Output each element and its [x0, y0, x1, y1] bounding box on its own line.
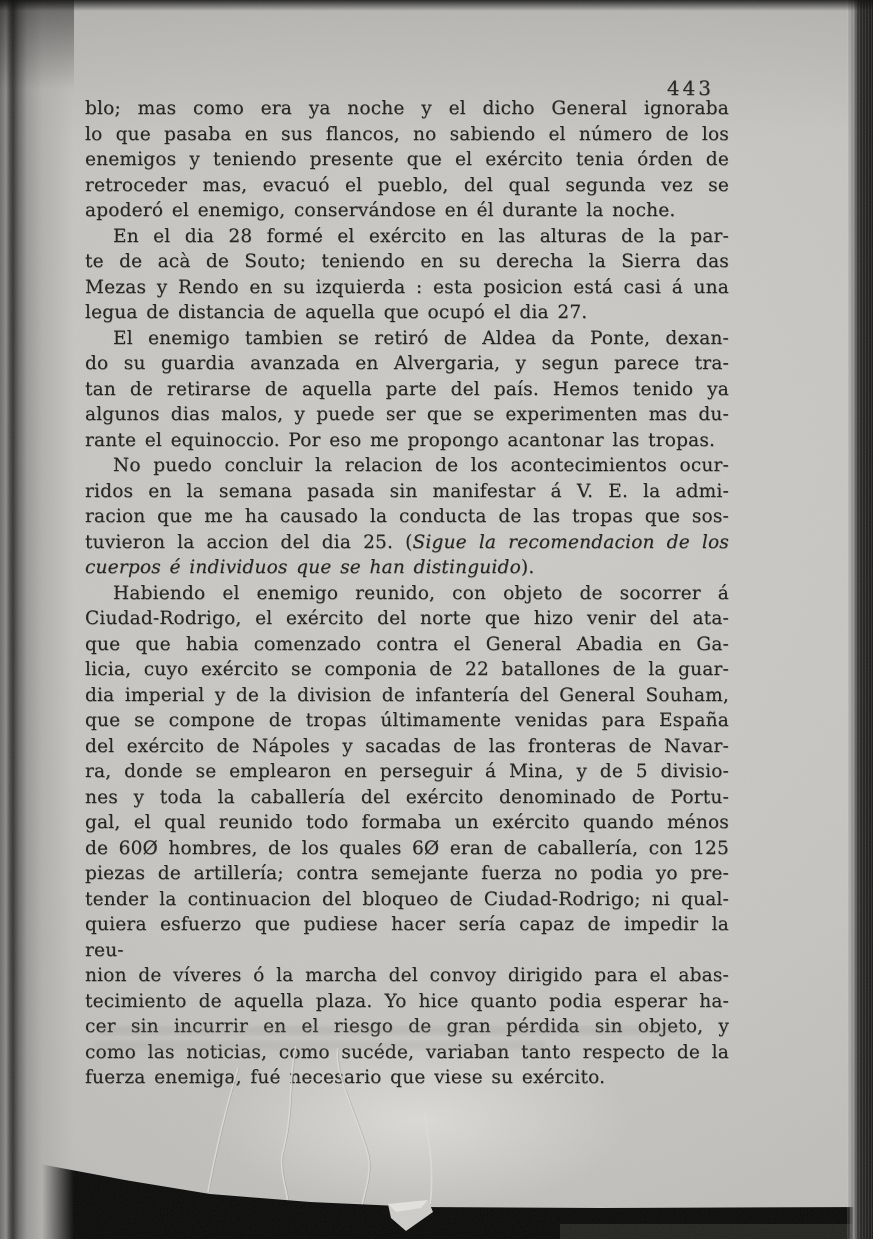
text-line: do su guardia avanzada en Alvergaria, y … — [85, 351, 729, 377]
body-text: blo; mas como era ya noche y el dicho Ge… — [85, 98, 729, 119]
text-line: El enemigo tambien se retiró de Aldea da… — [85, 326, 729, 352]
page-edges-stack — [847, 0, 873, 1239]
body-text: nes y toda la caballería del exército de… — [85, 787, 729, 808]
text-line: ridos en la semana pasada sin manifestar… — [85, 479, 729, 505]
text-line: nion de víveres ó la marcha del convoy d… — [85, 963, 729, 989]
body-text: que que habia comenzado contra el Genera… — [85, 634, 729, 655]
text-line: dia imperial y de la division de infante… — [85, 683, 729, 709]
body-text: dia imperial y de la division de infante… — [85, 685, 729, 706]
body-text: del exército de Nápoles y sacadas de las… — [85, 736, 729, 757]
body-text: ridos en la semana pasada sin manifestar… — [85, 481, 729, 502]
text-line: como las noticias, como sucéde, variaban… — [85, 1040, 729, 1066]
text-line: del exército de Nápoles y sacadas de las… — [85, 734, 729, 760]
body-text: ). — [521, 557, 535, 578]
text-line: Habiendo el enemigo reunido, con objeto … — [85, 581, 729, 607]
body-text: te de acà de Souto; teniendo en su derec… — [85, 251, 729, 272]
body-text: tecimiento de aquella plaza. Yo hice qua… — [85, 991, 729, 1012]
body-text: enemigos y teniendo presente que el exér… — [85, 149, 729, 170]
text-line: tuvieron la accion del dia 25. (Sigue la… — [85, 530, 729, 556]
body-text: En el dia 28 formé el exército en las al… — [113, 226, 729, 247]
body-text: Habiendo el enemigo reunido, con objeto … — [113, 583, 729, 604]
text-line: nes y toda la caballería del exército de… — [85, 785, 729, 811]
body-text: cer sin incurrir en el riesgo de gran pé… — [85, 1016, 729, 1037]
text-line: ra, donde se emplearon en perseguir á Mi… — [85, 759, 729, 785]
body-text: El enemigo tambien se retiró de Aldea da… — [113, 328, 729, 349]
text-line: que que habia comenzado contra el Genera… — [85, 632, 729, 658]
text-line: algunos dias malos, y puede ser que se e… — [85, 402, 729, 428]
body-text: como las noticias, como sucéde, variaban… — [85, 1042, 729, 1063]
text-line: tan de retirarse de aquella parte del pa… — [85, 377, 729, 403]
text-line: retroceder mas, evacuó el pueblo, del qu… — [85, 173, 729, 199]
body-text: gal, el qual reunido todo formaba un exé… — [85, 812, 729, 833]
body-text: lo que pasaba en sus flancos, no sabiend… — [85, 124, 729, 145]
body-text: Ciudad-Rodrigo, el exército del norte qu… — [85, 608, 729, 629]
italic-text: Sigue la recomendacion de los — [413, 532, 729, 553]
body-text: apoderó el enemigo, conservándose en él … — [85, 200, 676, 221]
body-text: racion que me ha causado la conducta de … — [85, 506, 729, 527]
italic-text: cuerpos é individuos que se han distingu… — [85, 557, 521, 578]
body-text: Mezas y Rendo en su izquierda : esta pos… — [85, 277, 729, 298]
text-line: lo que pasaba en sus flancos, no sabiend… — [85, 122, 729, 148]
text-line: licia, cuyo exército se componia de 22 b… — [85, 657, 729, 683]
body-text: de 60Ø hombres, de los quales 6Ø eran de… — [85, 838, 729, 859]
body-text: tender la continuacion del bloqueo de Ci… — [85, 889, 729, 910]
text-line: legua de distancia de aquella que ocupó … — [85, 300, 729, 326]
text-line: racion que me ha causado la conducta de … — [85, 504, 729, 530]
text-line: piezas de artillería; contra semejante f… — [85, 861, 729, 887]
body-text: quiera esfuerzo que pudiese hacer sería … — [85, 914, 729, 961]
body-text: tan de retirarse de aquella parte del pa… — [85, 379, 729, 400]
text-line: rante el equinoccio. Por eso me propongo… — [85, 428, 729, 454]
text-line: En el dia 28 formé el exército en las al… — [85, 224, 729, 250]
text-line: te de acà de Souto; teniendo en su derec… — [85, 249, 729, 275]
book-photo: 443 blo; mas como era ya noche y el dich… — [0, 0, 873, 1239]
text-line: tecimiento de aquella plaza. Yo hice qua… — [85, 989, 729, 1015]
text-line: cer sin incurrir en el riesgo de gran pé… — [85, 1014, 729, 1040]
text-line: quiera esfuerzo que pudiese hacer sería … — [85, 912, 729, 963]
text-line: Mezas y Rendo en su izquierda : esta pos… — [85, 275, 729, 301]
body-text: rante el equinoccio. Por eso me propongo… — [85, 430, 715, 451]
body-text: nion de víveres ó la marcha del convoy d… — [85, 965, 729, 986]
text-line: No puedo concluir la relacion de los aco… — [85, 453, 729, 479]
text-line: apoderó el enemigo, conservándose en él … — [85, 198, 729, 224]
book-spine-shadow — [0, 0, 74, 1239]
body-text: tuvieron la accion del dia 25. ( — [85, 532, 413, 553]
text-line: que se compone de tropas últimamente ven… — [85, 708, 729, 734]
text-line: tender la continuacion del bloqueo de Ci… — [85, 887, 729, 913]
body-text: fuerza enemiga, fué necesario que viese … — [85, 1067, 605, 1088]
text-line: blo; mas como era ya noche y el dicho Ge… — [85, 96, 729, 122]
body-text: retroceder mas, evacuó el pueblo, del qu… — [85, 175, 729, 196]
body-text: do su guardia avanzada en Alvergaria, y … — [85, 353, 729, 374]
text-line: fuerza enemiga, fué necesario que viese … — [85, 1065, 729, 1091]
text-line: enemigos y teniendo presente que el exér… — [85, 147, 729, 173]
body-text: legua de distancia de aquella que ocupó … — [85, 302, 587, 323]
text-line: gal, el qual reunido todo formaba un exé… — [85, 810, 729, 836]
body-text: que se compone de tropas últimamente ven… — [85, 710, 729, 731]
top-edge-shadow — [0, 0, 873, 11]
body-text: ra, donde se emplearon en perseguir á Mi… — [85, 761, 729, 782]
body-text: No puedo concluir la relacion de los aco… — [113, 455, 729, 476]
body-text: licia, cuyo exército se componia de 22 b… — [85, 659, 729, 680]
body-text: algunos dias malos, y puede ser que se e… — [85, 404, 729, 425]
body-text: piezas de artillería; contra semejante f… — [85, 863, 729, 884]
text-block: blo; mas como era ya noche y el dicho Ge… — [85, 96, 729, 1091]
text-line: Ciudad-Rodrigo, el exército del norte qu… — [85, 606, 729, 632]
text-line: cuerpos é individuos que se han distingu… — [85, 555, 729, 581]
text-line: de 60Ø hombres, de los quales 6Ø eran de… — [85, 836, 729, 862]
